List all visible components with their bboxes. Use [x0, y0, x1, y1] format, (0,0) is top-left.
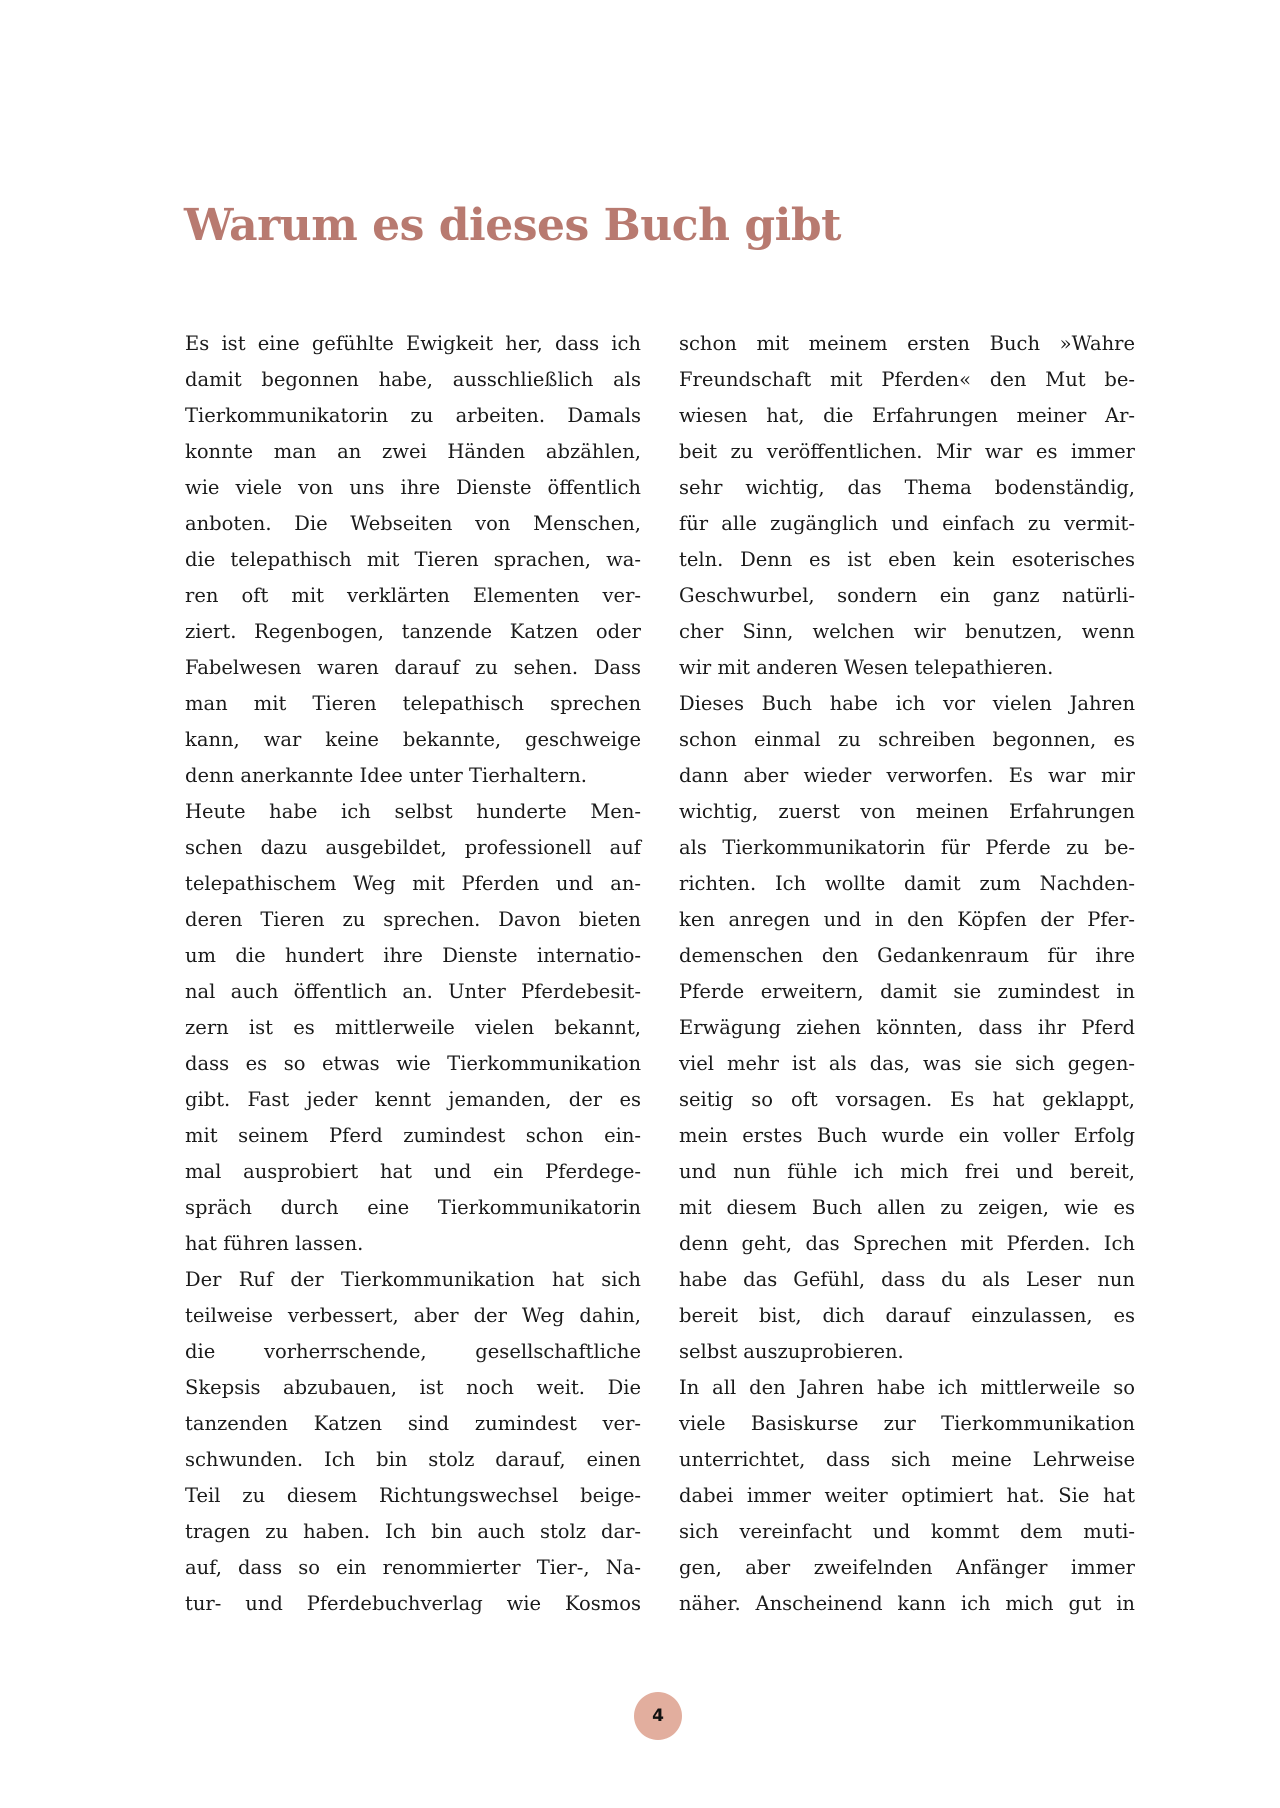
text-line: wir mit anderen Wesen telepathieren.	[679, 650, 1135, 686]
text-line: Pferde erweitern, damit sie zumindest in	[679, 974, 1135, 1010]
text-line: deren Tieren zu sprechen. Davon bieten	[185, 902, 641, 938]
page-number: 4	[652, 1706, 664, 1726]
page-number-badge: 4	[634, 1692, 682, 1740]
text-line: In all den Jahren habe ich mittlerweile …	[679, 1370, 1135, 1406]
text-line: gibt. Fast jeder kennt jemanden, der es	[185, 1082, 641, 1118]
text-line: ren oft mit verklärten Elementen ver-	[185, 578, 641, 614]
text-line: Dieses Buch habe ich vor vielen Jahren	[679, 686, 1135, 722]
text-line: dann aber wieder verworfen. Es war mir	[679, 758, 1135, 794]
text-line: denn anerkannte Idee unter Tierhaltern.	[185, 758, 641, 794]
text-line: tur- und Pferdebuchverlag wie Kosmos	[185, 1586, 641, 1622]
text-line: bereit bist, dich darauf einzulassen, es	[679, 1298, 1135, 1334]
text-line: hat führen lassen.	[185, 1226, 641, 1262]
text-line: sich vereinfacht und kommt dem muti-	[679, 1514, 1135, 1550]
text-line: mal ausprobiert hat und ein Pferdege-	[185, 1154, 641, 1190]
text-line: wie viele von uns ihre Dienste öffentlic…	[185, 470, 641, 506]
text-line: viele Basiskurse zur Tierkommunikation	[679, 1406, 1135, 1442]
text-line: mit diesem Buch allen zu zeigen, wie es	[679, 1190, 1135, 1226]
text-line: Skepsis abzubauen, ist noch weit. Die	[185, 1370, 641, 1406]
text-line: Fabelwesen waren darauf zu sehen. Dass	[185, 650, 641, 686]
text-line: man mit Tieren telepathisch sprechen	[185, 686, 641, 722]
text-line: schon einmal zu schreiben begonnen, es	[679, 722, 1135, 758]
text-line: die telepathisch mit Tieren sprachen, wa…	[185, 542, 641, 578]
page-title: Warum es dieses Buch gibt	[184, 196, 841, 256]
text-line: wichtig, zuerst von meinen Erfahrungen	[679, 794, 1135, 830]
text-line: mit seinem Pferd zumindest schon ein-	[185, 1118, 641, 1154]
text-line: Heute habe ich selbst hunderte Men-	[185, 794, 641, 830]
text-line: richten. Ich wollte damit zum Nachden-	[679, 866, 1135, 902]
text-line: teilweise verbessert, aber der Weg dahin…	[185, 1298, 641, 1334]
text-line: dass es so etwas wie Tierkommunikation	[185, 1046, 641, 1082]
text-line: damit begonnen habe, ausschließlich als	[185, 362, 641, 398]
text-line: um die hundert ihre Dienste internatio-	[185, 938, 641, 974]
text-line: Freundschaft mit Pferden« den Mut be-	[679, 362, 1135, 398]
text-line: viel mehr ist als das, was sie sich gege…	[679, 1046, 1135, 1082]
text-column-left: Es ist eine gefühlte Ewigkeit her, dass …	[185, 326, 641, 1622]
text-line: selbst auszuprobieren.	[679, 1334, 1135, 1370]
text-line: auf, dass so ein renommierter Tier-, Na-	[185, 1550, 641, 1586]
text-line: habe das Gefühl, dass du als Leser nun	[679, 1262, 1135, 1298]
text-line: spräch durch eine Tierkommunikatorin	[185, 1190, 641, 1226]
text-line: Geschwurbel, sondern ein ganz natürli-	[679, 578, 1135, 614]
text-line: als Tierkommunikatorin für Pferde zu be-	[679, 830, 1135, 866]
text-line: demenschen den Gedankenraum für ihre	[679, 938, 1135, 974]
text-line: Erwägung ziehen könnten, dass ihr Pferd	[679, 1010, 1135, 1046]
text-line: schon mit meinem ersten Buch »Wahre	[679, 326, 1135, 362]
text-line: Teil zu diesem Richtungswechsel beige-	[185, 1478, 641, 1514]
text-line: denn geht, das Sprechen mit Pferden. Ich	[679, 1226, 1135, 1262]
text-line: kann, war keine bekannte, geschweige	[185, 722, 641, 758]
text-line: anboten. Die Webseiten von Menschen,	[185, 506, 641, 542]
text-line: wiesen hat, die Erfahrungen meiner Ar-	[679, 398, 1135, 434]
text-line: teln. Denn es ist eben kein esoterisches	[679, 542, 1135, 578]
text-line: nal auch öffentlich an. Unter Pferdebesi…	[185, 974, 641, 1010]
text-line: zern ist es mittlerweile vielen bekannt,	[185, 1010, 641, 1046]
text-line: seitig so oft vorsagen. Es hat geklappt,	[679, 1082, 1135, 1118]
text-line: mein erstes Buch wurde ein voller Erfolg	[679, 1118, 1135, 1154]
text-line: die vorherrschende, gesellschaftliche	[185, 1334, 641, 1370]
text-line: konnte man an zwei Händen abzählen,	[185, 434, 641, 470]
text-line: für alle zugänglich und einfach zu vermi…	[679, 506, 1135, 542]
text-line: näher. Anscheinend kann ich mich gut in	[679, 1586, 1135, 1622]
text-line: telepathischem Weg mit Pferden und an-	[185, 866, 641, 902]
text-line: tragen zu haben. Ich bin auch stolz dar-	[185, 1514, 641, 1550]
text-line: cher Sinn, welchen wir benutzen, wenn	[679, 614, 1135, 650]
text-line: gen, aber zweifelnden Anfänger immer	[679, 1550, 1135, 1586]
text-line: Es ist eine gefühlte Ewigkeit her, dass …	[185, 326, 641, 362]
text-line: schwunden. Ich bin stolz darauf, einen	[185, 1442, 641, 1478]
text-column-right: schon mit meinem ersten Buch »WahreFreun…	[679, 326, 1135, 1622]
text-line: tanzenden Katzen sind zumindest ver-	[185, 1406, 641, 1442]
text-line: Tierkommunikatorin zu arbeiten. Damals	[185, 398, 641, 434]
text-line: unterrichtet, dass sich meine Lehrweise	[679, 1442, 1135, 1478]
text-line: dabei immer weiter optimiert hat. Sie ha…	[679, 1478, 1135, 1514]
text-line: schen dazu ausgebildet, professionell au…	[185, 830, 641, 866]
text-line: beit zu veröffentlichen. Mir war es imme…	[679, 434, 1135, 470]
text-line: ken anregen und in den Köpfen der Pfer-	[679, 902, 1135, 938]
text-line: ziert. Regenbogen, tanzende Katzen oder	[185, 614, 641, 650]
text-line: und nun fühle ich mich frei und bereit,	[679, 1154, 1135, 1190]
text-line: sehr wichtig, das Thema bodenständig,	[679, 470, 1135, 506]
text-line: Der Ruf der Tierkommunikation hat sich	[185, 1262, 641, 1298]
